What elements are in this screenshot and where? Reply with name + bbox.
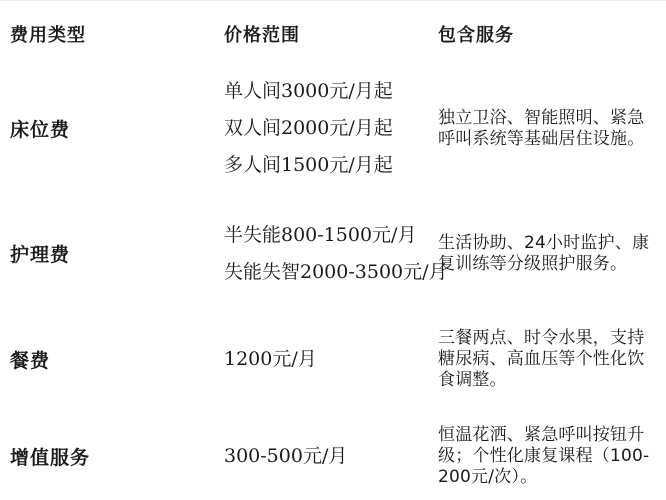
- services-cell: 独立卫浴、智能照明、紧急呼叫系统等基础居住设施。: [430, 57, 666, 201]
- price-cell: 1200元/月: [212, 307, 430, 413]
- fee-type-label: 增值服务: [0, 413, 212, 500]
- price-line: 300-500元/月: [224, 438, 430, 475]
- services-cell: 三餐两点、时令水果，支持糖尿病、高血压等个性化饮食调整。: [430, 307, 666, 413]
- col-header-included-services: 包含服务: [430, 1, 666, 57]
- price-line: 单人间3000元/月起: [224, 73, 430, 110]
- price-line: 双人间2000元/月起: [224, 110, 430, 147]
- price-line: 半失能800-1500元/月: [224, 217, 430, 254]
- table-row-meal-fee: 餐费 1200元/月 三餐两点、时令水果，支持糖尿病、高血压等个性化饮食调整。: [0, 307, 666, 413]
- table-row-value-added-services: 增值服务 300-500元/月 恒温花洒、紧急呼叫按钮升级；个性化康复课程（10…: [0, 413, 666, 500]
- fee-type-label: 餐费: [0, 307, 212, 413]
- col-header-fee-type: 费用类型: [0, 1, 212, 57]
- price-cell: 300-500元/月: [212, 413, 430, 500]
- table-row-bed-fee: 床位费 单人间3000元/月起 双人间2000元/月起 多人间1500元/月起 …: [0, 57, 666, 201]
- price-cell: 半失能800-1500元/月 失能失智2000-3500元/月: [212, 201, 430, 307]
- header-row: 费用类型 价格范围 包含服务: [0, 1, 666, 57]
- price-line: 1200元/月: [224, 341, 430, 378]
- fee-table: 费用类型 价格范围 包含服务 床位费 单人间3000元/月起 双人间2000元/…: [0, 0, 666, 500]
- col-header-price-range: 价格范围: [212, 1, 430, 57]
- services-cell: 恒温花洒、紧急呼叫按钮升级；个性化康复课程（100-200元/次）。: [430, 413, 666, 500]
- fee-type-label: 床位费: [0, 57, 212, 201]
- price-line: 失能失智2000-3500元/月: [224, 254, 430, 291]
- price-cell: 单人间3000元/月起 双人间2000元/月起 多人间1500元/月起: [212, 57, 430, 201]
- services-cell: 生活协助、24小时监护、康复训练等分级照护服务。: [430, 201, 666, 307]
- table-row-care-fee: 护理费 半失能800-1500元/月 失能失智2000-3500元/月 生活协助…: [0, 201, 666, 307]
- price-line: 多人间1500元/月起: [224, 147, 430, 184]
- fee-type-label: 护理费: [0, 201, 212, 307]
